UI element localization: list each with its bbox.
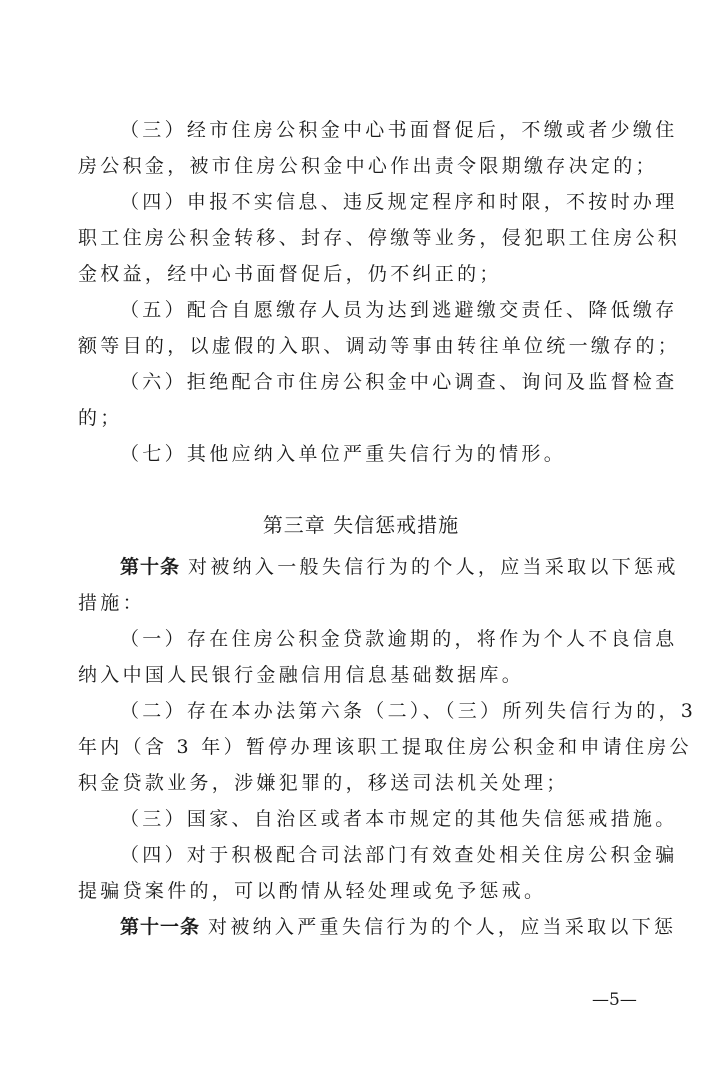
paragraph-line: 的；: [78, 406, 634, 430]
document-page: （三）经市住房公积金中心书面督促后，不缴或者少缴住 房公积金，被市住房公积金中心…: [0, 0, 722, 1065]
paragraph-line: 职工住房公积金转移、封存、停缴等业务，侵犯职工住房公积: [78, 226, 634, 250]
paragraph-line: （五）配合自愿缴存人员为达到逃避缴交责任、降低缴存: [78, 298, 634, 322]
paragraph-line: 年内（含 3 年）暂停办理该职工提取住房公积金和申请住房公: [78, 735, 634, 759]
article-text: 对被纳入一般失信行为的个人，应当采取以下惩戒: [188, 556, 679, 578]
chapter-heading: 第三章 失信惩戒措施: [0, 509, 722, 538]
paragraph-line: 措施：: [78, 591, 634, 615]
paragraph-line: 房公积金，被市住房公积金中心作出责令限期缴存决定的；: [78, 154, 634, 178]
paragraph-line: 额等目的，以虚假的入职、调动等事由转往单位统一缴存的；: [78, 334, 634, 358]
paragraph-line: 提骗贷案件的，可以酌情从轻处理或免予惩戒。: [78, 879, 634, 903]
article-text: 对被纳入严重失信行为的个人，应当采取以下惩: [208, 916, 676, 938]
paragraph-line: （四）申报不实信息、违反规定程序和时限，不按时办理: [78, 190, 634, 214]
article-label: 第十条: [120, 556, 180, 578]
paragraph-line: 积金贷款业务，涉嫌犯罪的，移送司法机关处理；: [78, 771, 634, 795]
article-10-first-line: 第十条对被纳入一般失信行为的个人，应当采取以下惩戒: [78, 555, 634, 579]
page-number: —5—: [592, 990, 637, 1010]
article-11-first-line: 第十一条对被纳入严重失信行为的个人，应当采取以下惩: [78, 915, 634, 939]
paragraph-line: （六）拒绝配合市住房公积金中心调查、询问及监督检查: [78, 370, 634, 394]
paragraph-line: （一）存在住房公积金贷款逾期的，将作为个人不良信息: [78, 627, 634, 651]
paragraph-line: （三）经市住房公积金中心书面督促后，不缴或者少缴住: [78, 118, 634, 142]
paragraph-line: 纳入中国人民银行金融信用信息基础数据库。: [78, 663, 634, 687]
paragraph-line: （七）其他应纳入单位严重失信行为的情形。: [78, 442, 634, 466]
paragraph-line: （二）存在本办法第六条（二）、（三）所列失信行为的，3: [78, 699, 634, 723]
article-label: 第十一条: [120, 916, 200, 938]
paragraph-line: （三）国家、自治区或者本市规定的其他失信惩戒措施。: [78, 807, 634, 831]
paragraph-line: 金权益，经中心书面督促后，仍不纠正的；: [78, 262, 634, 286]
paragraph-line: （四）对于积极配合司法部门有效查处相关住房公积金骗: [78, 843, 634, 867]
